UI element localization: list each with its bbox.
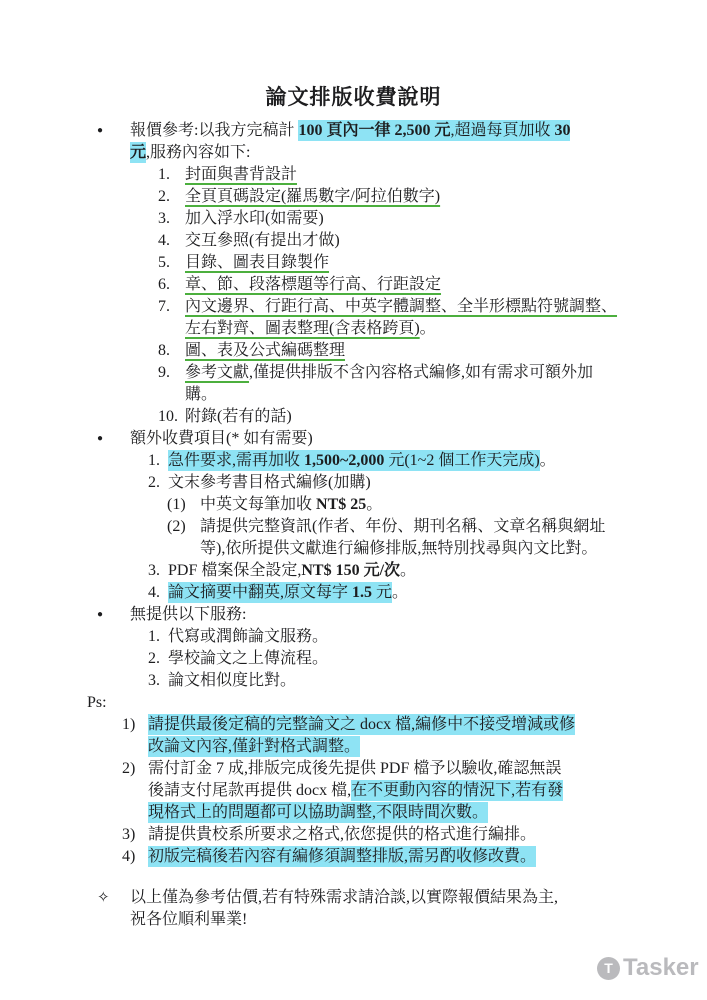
list-number: 2): [122, 758, 135, 780]
text-segment: 學校論文之上傳流程。: [168, 650, 328, 667]
closing-note: ✧以上僅為參考估價,若有特殊需求請洽談,以實際報價結果為主,祝各位順利畢業!: [0, 887, 680, 931]
text-segment: ,服務內容如下:: [146, 144, 250, 161]
ps-item-3: 3)請提供貴校系所要求之格式,依您提供的格式進行編排。: [0, 824, 680, 846]
list-number: 10.: [158, 406, 178, 428]
list-number: 4.: [158, 230, 170, 252]
list-number: 2.: [148, 648, 160, 670]
excluded-service-item-1: 1.代寫或潤飾論文服務。: [0, 626, 680, 648]
text-segment: 無提供以下服務:: [130, 606, 246, 623]
text-segment: 圖、表及公式編碼整理: [185, 342, 345, 359]
text-segment: 元: [372, 582, 392, 603]
list-number: 5.: [158, 252, 170, 274]
list-number: 1.: [148, 450, 160, 472]
text-segment: 。: [400, 562, 416, 579]
text-segment: 報價參考:以我方完稿計: [130, 122, 298, 139]
service-item-2: 2.全頁頁碼設定(羅馬數字/阿拉伯數字): [0, 186, 680, 208]
text-segment: 論文相似度比對。: [168, 672, 296, 689]
service-item-9: 9.參考文獻,僅提供排版不含內容格式編修,如有需求可額外加購。: [0, 362, 680, 406]
ps-heading: Ps:: [0, 692, 680, 714]
list-number: 7.: [158, 296, 170, 318]
document-page: 論文排版收費說明 ●報價參考:以我方完稿計 100 頁內一律 2,500 元,超…: [0, 0, 707, 1000]
text-segment: 中英文每筆加收: [200, 496, 316, 513]
excluded-services-heading: ●無提供以下服務:: [0, 604, 680, 626]
bullet-icon: ●: [97, 120, 103, 142]
text-segment: 文末參考書目格式編修(加購): [168, 474, 371, 491]
text-segment: 急件要求,需再加收: [168, 450, 304, 471]
text-segment: 。: [540, 452, 556, 469]
extra-fees-heading: ●額外收費項目(* 如有需要): [0, 428, 680, 450]
text-segment: 全頁頁碼設定(羅馬數字/阿拉伯數字): [185, 188, 440, 205]
excluded-service-item-3: 3.論文相似度比對。: [0, 670, 680, 692]
service-item-1: 1.封面與書背設計: [0, 164, 680, 186]
bullet-icon: ●: [97, 428, 103, 450]
extra-fee-item-2: 2.文末參考書目格式編修(加購): [0, 472, 680, 494]
diamond-icon: ✧: [97, 887, 110, 909]
service-item-5: 5.目錄、圖表目錄製作: [0, 252, 680, 274]
text-segment: 需付訂金 7 成,排版完成後先提供 PDF 檔予以驗收,確認無誤: [148, 760, 561, 777]
list-number: 3.: [148, 670, 160, 692]
list-number: (2): [167, 516, 186, 538]
text-segment: 購。: [185, 386, 217, 403]
text-segment: 請提供完整資訊(作者、年份、期刊名稱、文章名稱與網址: [200, 518, 605, 535]
text-segment: 等),依所提供文獻進行編修排版,無特別找尋與內文比對。: [200, 540, 597, 557]
text-segment: 30: [554, 120, 570, 141]
text-segment: 論文摘要中翻英,原文每字: [168, 582, 352, 603]
text-segment: 元(1~2 個工作天完成): [384, 450, 539, 471]
text-segment: 封面與書背設計: [185, 166, 297, 183]
text-segment: NT$ 150 元/次: [301, 562, 400, 579]
service-item-4: 4.交互參照(有提出才做): [0, 230, 680, 252]
list-number: 8.: [158, 340, 170, 362]
page-title: 論文排版收費說明: [0, 0, 707, 112]
pricing-summary: ●報價參考:以我方完稿計 100 頁內一律 2,500 元,超過每頁加收 30元…: [0, 120, 680, 164]
text-segment: 1,500~2,000: [304, 450, 384, 471]
list-number: (1): [167, 494, 186, 516]
tasker-watermark: T Tasker: [597, 956, 699, 980]
list-number: 4.: [148, 582, 160, 604]
ps-item-1: 1)請提供最後定稿的完整論文之 docx 檔,編修中不接受增減或修改論文內容,僅…: [0, 714, 680, 758]
text-segment: 目錄、圖表目錄製作: [185, 254, 329, 271]
text-segment: 在不更動內容的情況下,若有發: [351, 780, 563, 801]
service-item-7: 7.內文邊界、行距行高、中英字體調整、全半形標點符號調整、左右對齊、圖表整理(含…: [0, 296, 680, 340]
text-segment: 參考文獻: [185, 364, 249, 381]
text-segment: 章、節、段落標題等行高、行距設定: [185, 276, 441, 293]
text-segment: 元: [130, 142, 146, 163]
text-segment: PDF 檔案保全設定,: [168, 562, 301, 579]
watermark-label: Tasker: [623, 956, 699, 980]
list-number: 3.: [158, 208, 170, 230]
text-segment: 內文邊界、行距行高、中英字體調整、全半形標點符號調整、: [185, 298, 617, 315]
list-number: 1.: [158, 164, 170, 186]
list-number: 4): [122, 846, 135, 868]
text-segment: 後請支付尾款再提供 docx 檔,: [148, 782, 351, 799]
extra-fee-subitem-2: (2)請提供完整資訊(作者、年份、期刊名稱、文章名稱與網址等),依所提供文獻進行…: [0, 516, 680, 560]
tasker-logo-icon: T: [597, 957, 620, 980]
text-segment: 100 頁內一律 2,500 元: [298, 120, 450, 141]
list-number: 9.: [158, 362, 170, 384]
document-body: ●報價參考:以我方完稿計 100 頁內一律 2,500 元,超過每頁加收 30元…: [0, 120, 680, 931]
service-item-10: 10.附錄(若有的話): [0, 406, 680, 428]
ps-item-2: 2)需付訂金 7 成,排版完成後先提供 PDF 檔予以驗收,確認無誤後請支付尾款…: [0, 758, 680, 824]
text-segment: 。: [392, 584, 408, 601]
service-item-6: 6.章、節、段落標題等行高、行距設定: [0, 274, 680, 296]
text-segment: 祝各位順利畢業!: [130, 911, 247, 928]
text-segment: 請提供最後定稿的完整論文之 docx 檔,編修中不接受增減或修: [148, 714, 575, 735]
text-segment: 交互參照(有提出才做): [185, 232, 340, 249]
text-segment: NT$ 25: [316, 496, 366, 513]
text-segment: 1.5: [352, 582, 372, 603]
service-item-8: 8.圖、表及公式編碼整理: [0, 340, 680, 362]
text-segment: 代寫或潤飾論文服務。: [168, 628, 328, 645]
extra-fee-subitem-1: (1)中英文每筆加收 NT$ 25。: [0, 494, 680, 516]
list-number: 6.: [158, 274, 170, 296]
list-number: 2.: [148, 472, 160, 494]
text-segment: 額外收費項目(* 如有需要): [130, 430, 313, 447]
text-segment: 附錄(若有的話): [185, 408, 292, 425]
text-segment: Ps:: [87, 694, 107, 711]
text-segment: 。: [366, 496, 382, 513]
list-number: 3): [122, 824, 135, 846]
text-segment: ,超過每頁加收: [450, 120, 554, 141]
excluded-service-item-2: 2.學校論文之上傳流程。: [0, 648, 680, 670]
text-segment: 初版完稿後若內容有編修須調整排版,需另酌收修改費。: [148, 846, 536, 867]
extra-fee-item-4: 4.論文摘要中翻英,原文每字 1.5 元。: [0, 582, 680, 604]
extra-fee-item-1: 1.急件要求,需再加收 1,500~2,000 元(1~2 個工作天完成)。: [0, 450, 680, 472]
text-segment: 改論文內容,僅針對格式調整。: [148, 736, 360, 757]
service-item-3: 3.加入浮水印(如需要): [0, 208, 680, 230]
bullet-icon: ●: [97, 604, 103, 626]
list-number: 3.: [148, 560, 160, 582]
text-segment: 加入浮水印(如需要): [185, 210, 324, 227]
extra-fee-item-3: 3.PDF 檔案保全設定,NT$ 150 元/次。: [0, 560, 680, 582]
text-segment: 。: [420, 320, 436, 337]
ps-item-4: 4)初版完稿後若內容有編修須調整排版,需另酌收修改費。: [0, 846, 680, 868]
text-segment: 以上僅為參考估價,若有特殊需求請洽談,以實際報價結果為主,: [130, 889, 558, 906]
text-segment: 請提供貴校系所要求之格式,依您提供的格式進行編排。: [148, 826, 536, 843]
text-segment: 現格式上的問題都可以協助調整,不限時間次數。: [148, 802, 488, 823]
list-number: 1.: [148, 626, 160, 648]
text-segment: ,僅提供排版不含內容格式編修,如有需求可額外加: [249, 364, 593, 381]
list-number: 1): [122, 714, 135, 736]
text-segment: 左右對齊、圖表整理(含表格跨頁): [185, 320, 420, 337]
list-number: 2.: [158, 186, 170, 208]
